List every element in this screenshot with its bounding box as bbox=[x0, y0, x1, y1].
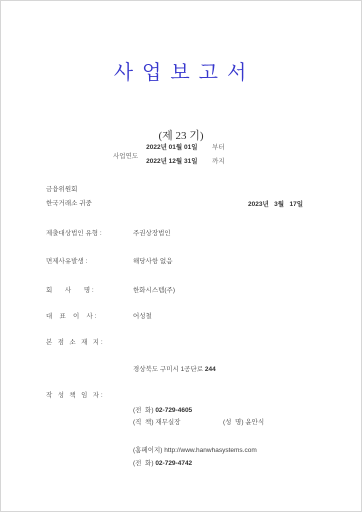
prepared-by-phone-line: (전 화) 02-729-4742 bbox=[133, 457, 264, 471]
business-year-start-date: 2022년 01월 01일 bbox=[146, 141, 199, 155]
business-year-start-suffix: 부터 bbox=[212, 144, 225, 151]
name-label: (성 명) bbox=[223, 419, 244, 426]
prepared-by-position-name-line: (직 책) 재무실장(성 명) 윤안식 bbox=[133, 416, 264, 430]
position-label: (직 책) bbox=[133, 419, 154, 426]
company-name-label: 회 사 명 : bbox=[46, 284, 133, 298]
phone-label: (전 화) bbox=[133, 460, 154, 467]
field-row-corp-type: 제출대상법인 유형 : 주권상장법인 bbox=[46, 227, 345, 241]
phone-number: 02-729-4742 bbox=[155, 460, 192, 467]
business-year-end-suffix: 까지 bbox=[212, 158, 225, 165]
recipient-financial-services-commission: 금융위원회 bbox=[46, 183, 92, 197]
business-year-block: 사업연도 2022년 01월 01일부터 2022년 12월 31일까지 bbox=[113, 141, 225, 169]
name-value: 윤안식 bbox=[245, 419, 264, 426]
recipients-block: 금융위원회 한국거래소 귀중 bbox=[46, 183, 92, 211]
prepared-by-label: 작 성 책 임 자 : bbox=[46, 389, 133, 403]
submission-date: 2023년 3월 17일 bbox=[248, 199, 303, 208]
business-year-start-row: 2022년 01월 01일부터 bbox=[146, 141, 225, 155]
position-pair: (직 책) 재무실장 bbox=[133, 416, 223, 430]
field-row-ceo: 대 표 이 사 : 어성철 bbox=[46, 310, 345, 324]
address-number: 244 bbox=[205, 366, 216, 373]
exemption-value: 해당사항 없음 bbox=[133, 255, 172, 269]
field-row-exemption: 면제사유발생 : 해당사항 없음 bbox=[46, 255, 345, 269]
recipient-korea-exchange: 한국거래소 귀중 bbox=[46, 197, 92, 211]
business-year-end-date: 2022년 12월 31일 bbox=[146, 155, 199, 169]
head-office-address-line: 경상북도 구미시 1공단로 244 bbox=[133, 363, 257, 377]
field-row-prepared-by: 작 성 책 임 자 : (직 책) 재무실장(성 명) 윤안식 (전 화) 02… bbox=[46, 389, 345, 497]
exemption-label: 면제사유발생 : bbox=[46, 255, 133, 269]
head-office-label: 본 점 소 재 지 : bbox=[46, 336, 133, 350]
corp-type-value: 주권상장법인 bbox=[133, 227, 171, 241]
ceo-value: 어성철 bbox=[133, 310, 152, 324]
name-pair: (성 명) 윤안식 bbox=[223, 416, 264, 430]
report-cover-page: 사 업 보 고 서 (제 23 기) 사업연도 2022년 01월 01일부터 … bbox=[0, 0, 362, 512]
position-value: 재무실장 bbox=[155, 419, 180, 426]
business-year-label: 사업연도 bbox=[113, 151, 138, 160]
business-year-end-row: 2022년 12월 31일까지 bbox=[146, 155, 225, 169]
corp-type-label: 제출대상법인 유형 : bbox=[46, 227, 133, 241]
ceo-label: 대 표 이 사 : bbox=[46, 310, 133, 324]
prepared-by-value-group: (직 책) 재무실장(성 명) 윤안식 (전 화) 02-729-4742 bbox=[133, 389, 264, 497]
address-text: 경상북도 구미시 1공단로 bbox=[133, 366, 203, 373]
report-title: 사 업 보 고 서 bbox=[1, 56, 361, 85]
business-year-dates: 2022년 01월 01일부터 2022년 12월 31일까지 bbox=[146, 141, 225, 169]
company-name-value: 한화시스템(주) bbox=[133, 284, 175, 298]
field-row-company-name: 회 사 명 : 한화시스템(주) bbox=[46, 284, 345, 298]
